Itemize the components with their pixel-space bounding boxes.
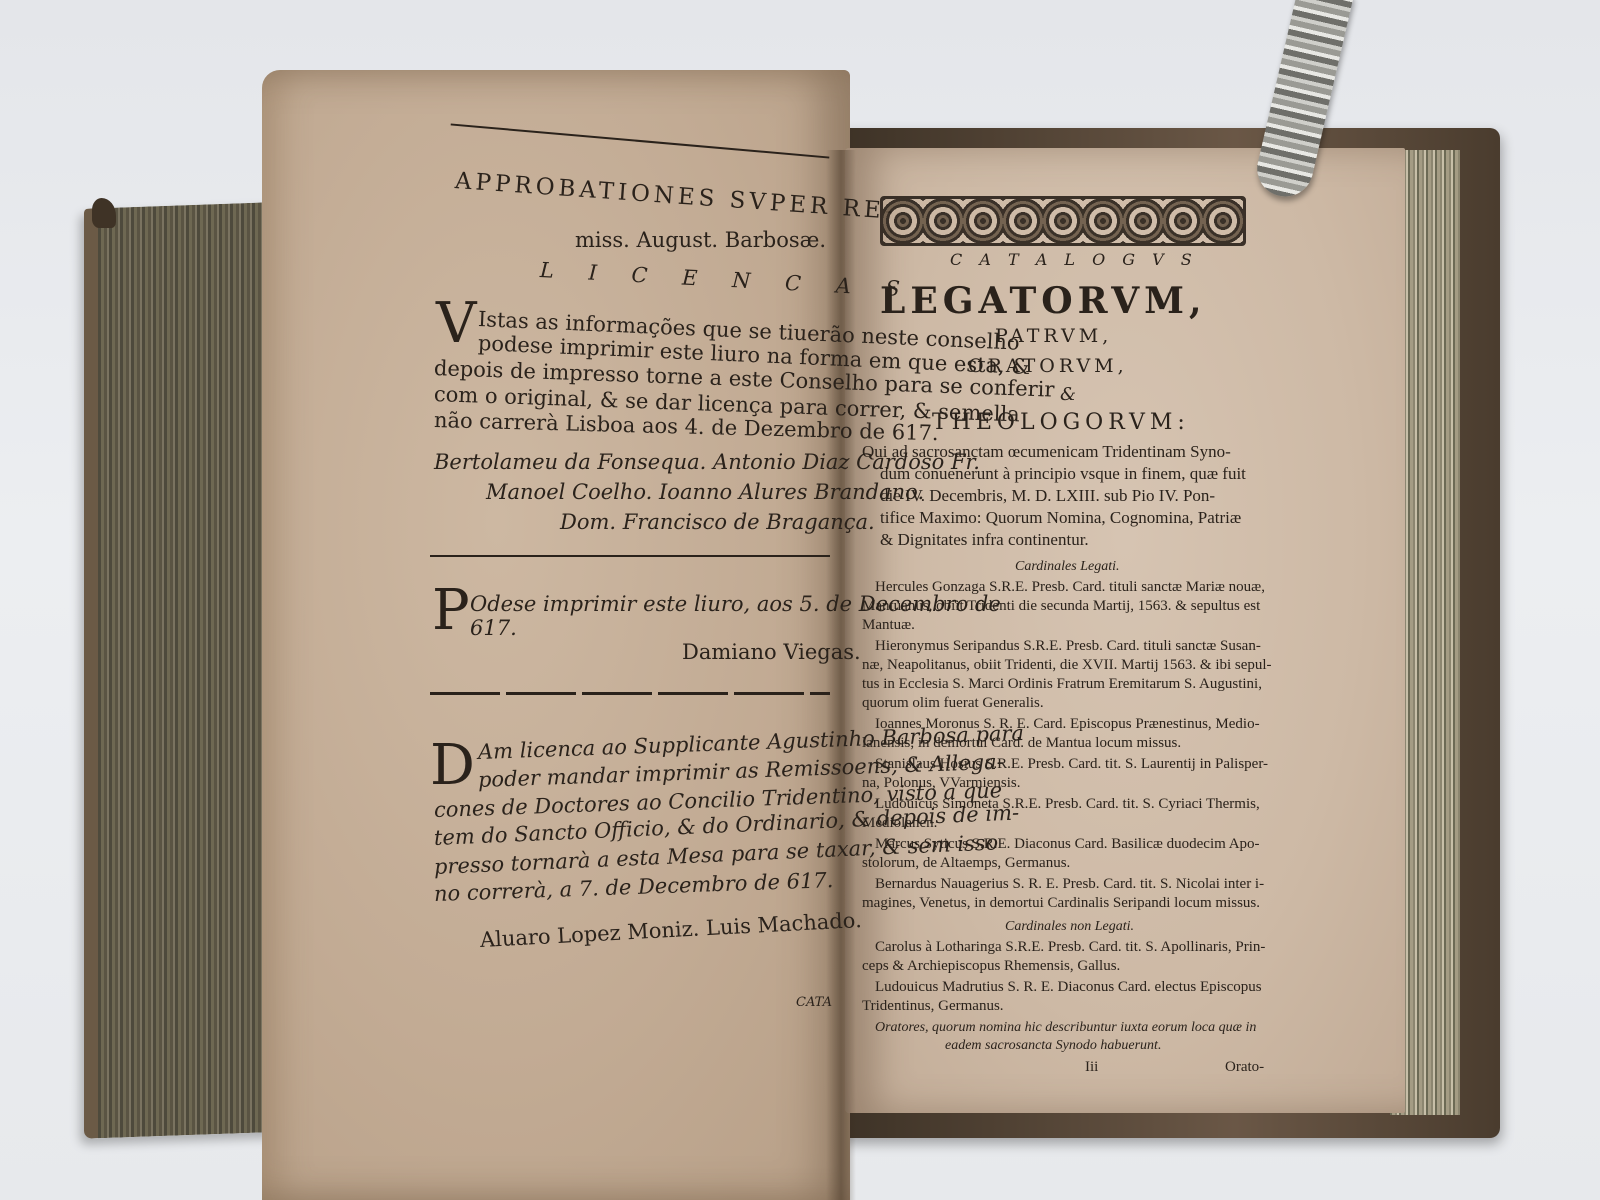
decorative-headpiece bbox=[880, 196, 1246, 246]
entry-line: Ludouicus Madrutius S. R. E. Diaconus Ca… bbox=[875, 978, 1262, 997]
drop-cap-p: P bbox=[432, 583, 470, 639]
entry-line: Carolus à Lotharinga S.R.E. Presb. Card.… bbox=[875, 938, 1265, 957]
entry-line: magines, Venetus, in demortui Cardinalis… bbox=[862, 894, 1260, 913]
left-catchword: CATA bbox=[796, 995, 832, 1010]
theologorum-title: THEOLOGORVM: bbox=[932, 410, 1190, 435]
legatorum-title: LEGATORVM, bbox=[880, 280, 1207, 322]
entry-line: Stanislaus Hosius S.R.E. Presb. Card. ti… bbox=[875, 755, 1268, 774]
entry-line: Hieronymus Seripandus S.R.E. Presb. Card… bbox=[875, 637, 1261, 656]
entry-line: Mantuæ. bbox=[862, 616, 915, 635]
entry-line: Mediolanen. bbox=[862, 814, 937, 833]
oratorum-title: ORATORVM, bbox=[968, 355, 1128, 377]
intro-line: die IV. Decembris, M. D. LXIII. sub Pio … bbox=[880, 486, 1215, 505]
signature-line: Dom. Francisco de Bragança. bbox=[560, 510, 875, 534]
entry-line: Hercules Gonzaga S.R.E. Presb. Card. tit… bbox=[875, 578, 1265, 597]
book-photo: APPROBATIONES SVPER RE- miss. August. Ba… bbox=[0, 0, 1600, 1200]
signature-mark: Iii bbox=[1085, 1058, 1098, 1077]
drop-cap-v: V bbox=[436, 296, 476, 352]
torn-cover-corner bbox=[92, 198, 116, 228]
entry-line: Mantuanus, obiit Tridenti die secunda Ma… bbox=[862, 597, 1260, 616]
entry-line: na, Polonus, VVarmiensis. bbox=[862, 774, 1020, 793]
section-rule bbox=[430, 555, 830, 557]
signature-damiano: Damiano Viegas. bbox=[682, 640, 861, 664]
entry-line: Bernardus Nauagerius S. R. E. Presb. Car… bbox=[875, 875, 1264, 894]
cardinales-non-legati-heading: Cardinales non Legati. bbox=[1005, 917, 1134, 936]
catalogus-title: C A T A L O G V S bbox=[950, 250, 1198, 269]
intro-line: dum conuenerunt à principio vsque in fin… bbox=[880, 464, 1246, 483]
entry-line: stolorum, de Altaemps, Germanus. bbox=[862, 854, 1070, 873]
closing-line: eadem sacrosancta Synodo habuerunt. bbox=[945, 1036, 1161, 1055]
entry-line: Marcus Syticus S.R.E. Diaconus Card. Bas… bbox=[875, 835, 1260, 854]
ampersand: & bbox=[1060, 384, 1076, 405]
left-page-header-line2: miss. August. Barbosæ. bbox=[575, 228, 826, 252]
signature-line: Manoel Coelho. Ioanno Alures Brandano. bbox=[486, 480, 924, 504]
text-line: 617. bbox=[470, 616, 517, 640]
entry-line: tus in Ecclesia S. Marci Ordinis Fratrum… bbox=[862, 675, 1262, 694]
entry-line: næ, Neapolitanus, obiit Tridenti, die XV… bbox=[862, 656, 1272, 675]
entry-line: Ioannes Moronus S. R. E. Card. Episcopus… bbox=[875, 715, 1260, 734]
entry-line: lanensis, in demortui Card. de Mantua lo… bbox=[862, 734, 1181, 753]
entry-line: ceps & Archiepiscopus Rhemensis, Gallus. bbox=[862, 957, 1120, 976]
entry-line: Ludouicus Simoneta S.R.E. Presb. Card. t… bbox=[875, 795, 1260, 814]
drop-cap-d: D bbox=[430, 738, 475, 794]
closing-line: Oratores, quorum nomina hic describuntur… bbox=[875, 1018, 1256, 1037]
dashed-rule bbox=[430, 692, 830, 695]
intro-line: Qui ad sacrosanctam œcumenicam Tridentin… bbox=[862, 442, 1231, 461]
entry-line: quorum olim fuerat Generalis. bbox=[862, 694, 1044, 713]
intro-line: tifice Maximo: Quorum Nomina, Cognomina,… bbox=[880, 508, 1241, 527]
right-catchword: Orato- bbox=[1225, 1058, 1264, 1077]
entry-line: Tridentinus, Germanus. bbox=[862, 997, 1004, 1016]
book-gutter bbox=[826, 150, 856, 1200]
intro-line: & Dignitates infra continentur. bbox=[880, 530, 1089, 549]
cardinales-legati-heading: Cardinales Legati. bbox=[1015, 557, 1120, 576]
patrum-title: PATRVM, bbox=[995, 325, 1112, 347]
